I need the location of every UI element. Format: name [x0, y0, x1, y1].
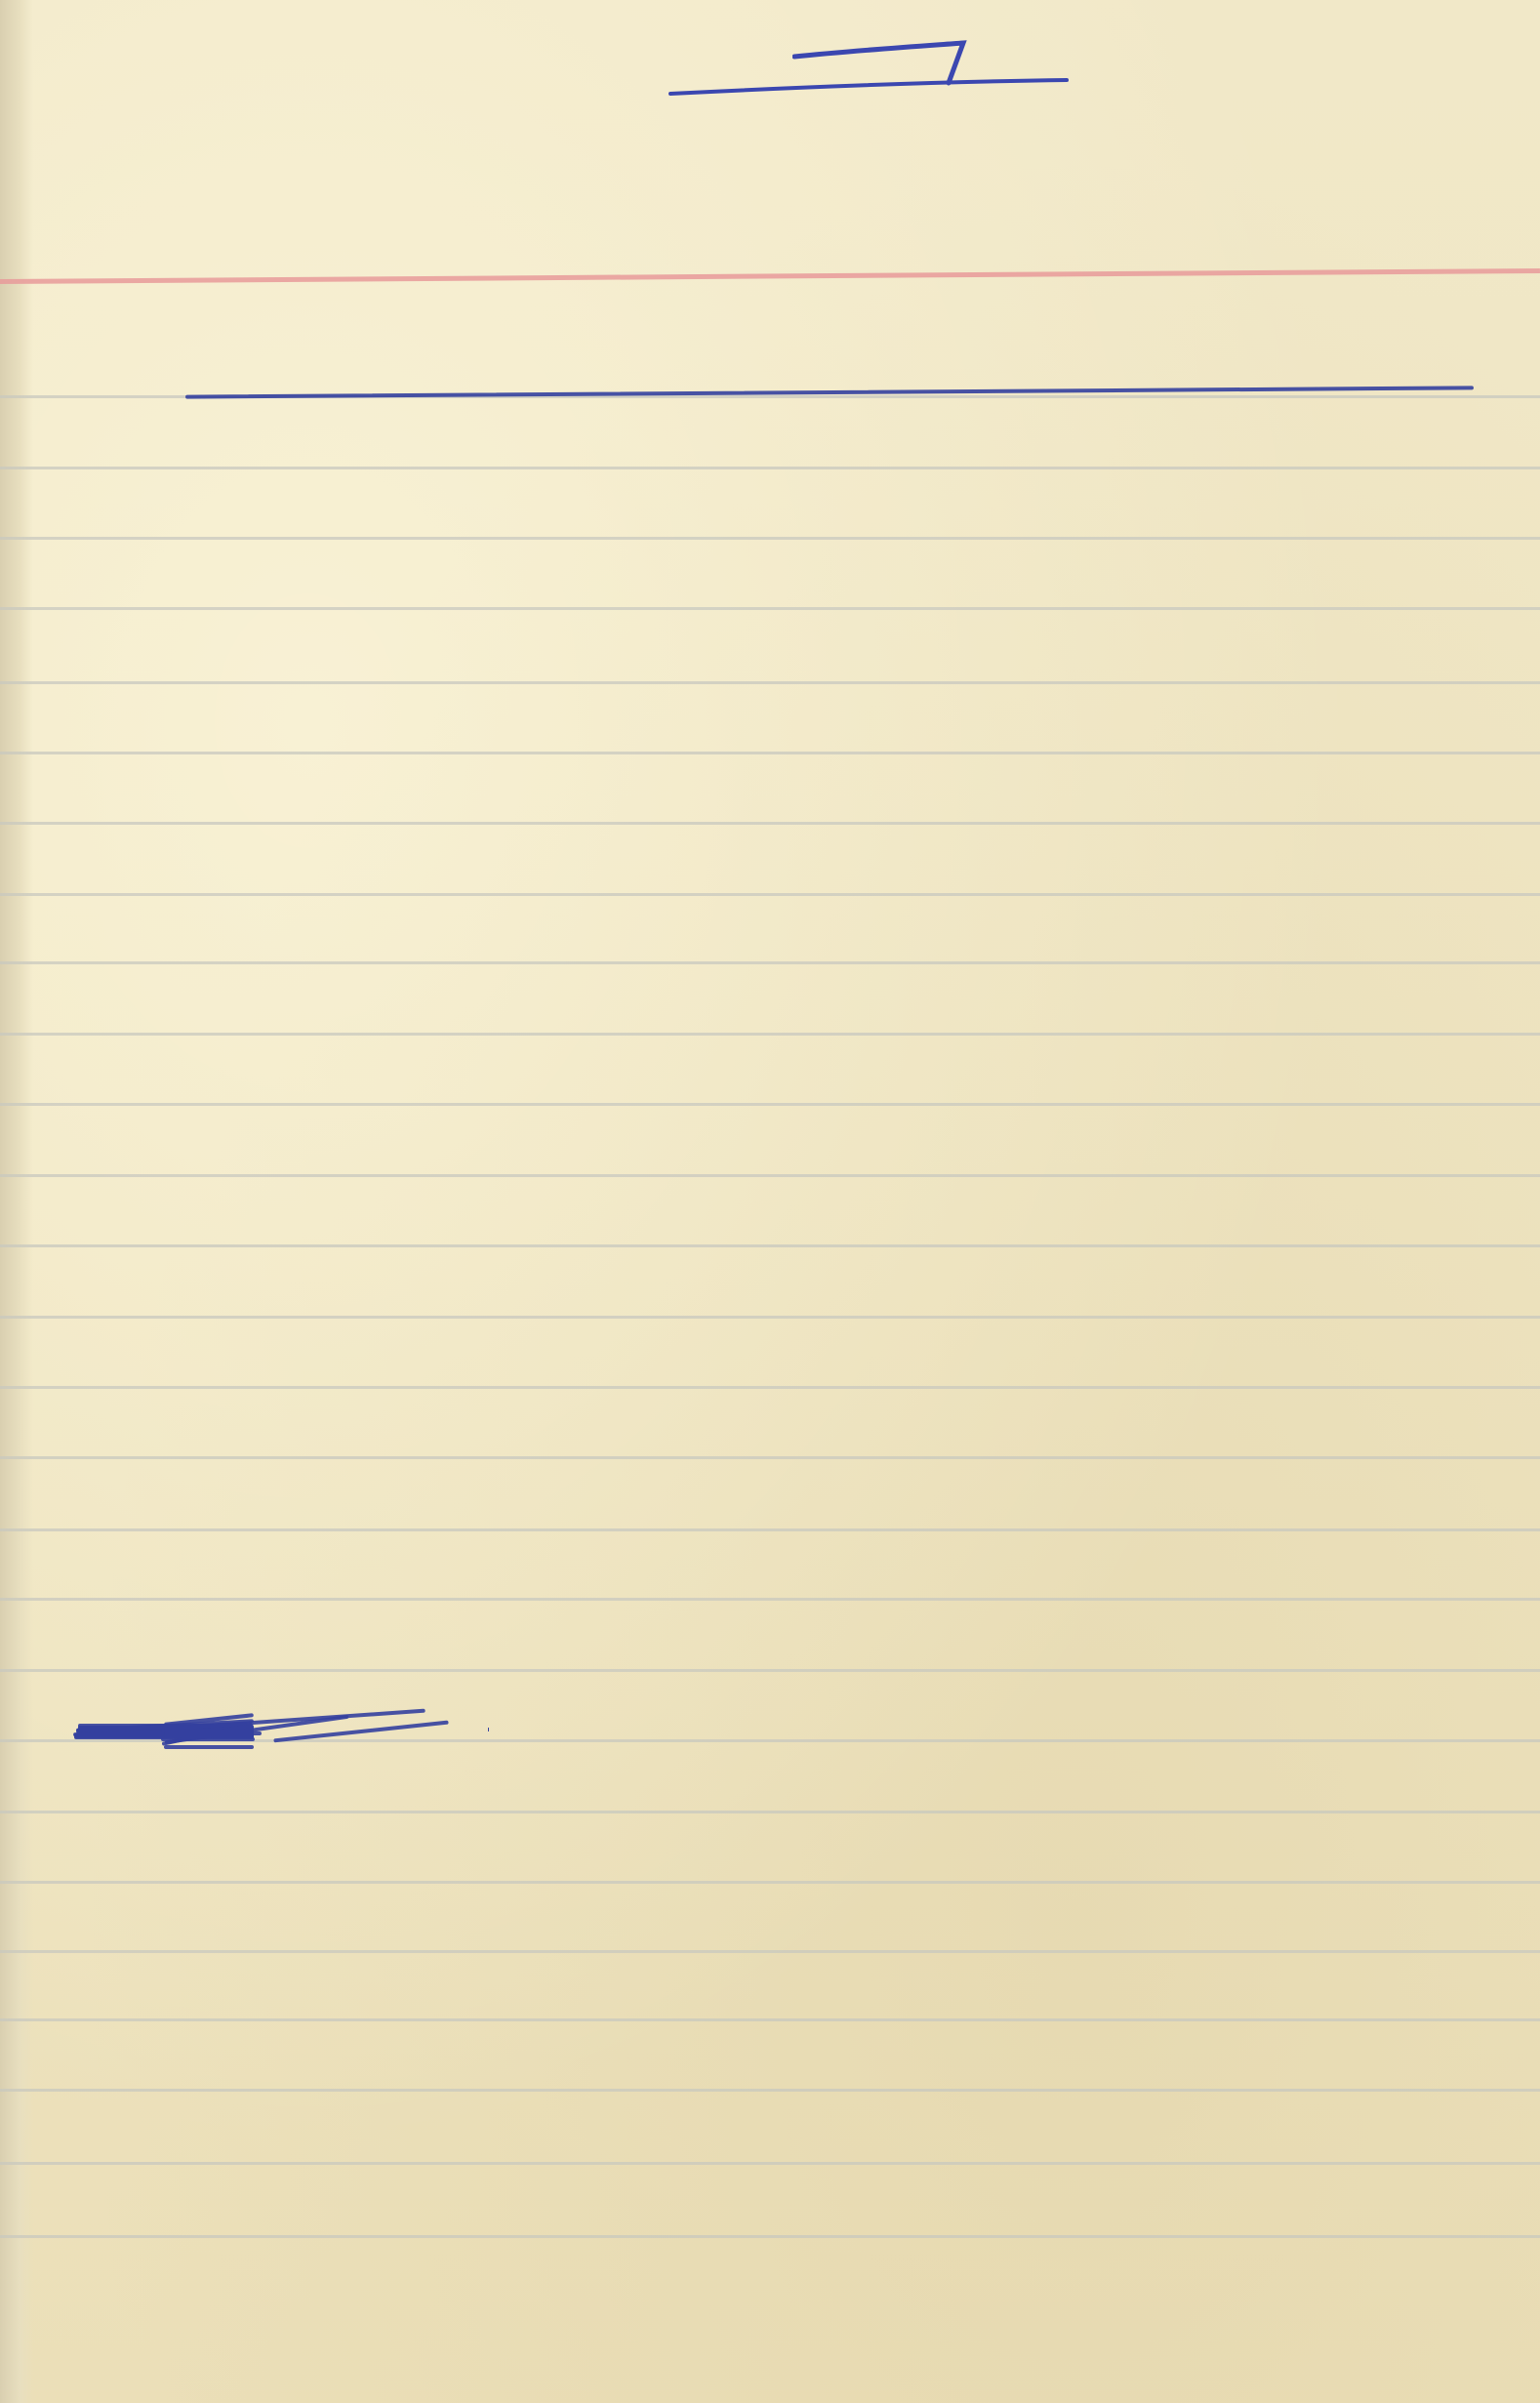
entry-line — [36, 1227, 1429, 1292]
ink-underline — [164, 1730, 254, 1733]
ruled-line — [0, 2089, 1540, 2092]
entry-3 — [39, 1227, 1425, 1357]
header-underline — [669, 76, 1069, 98]
entry-line — [36, 837, 1429, 903]
entry-line — [36, 1357, 1429, 1422]
entry-line — [36, 1162, 1429, 1228]
entry-line — [36, 1422, 1429, 1487]
ruled-line — [0, 2235, 1540, 2238]
entry-1 — [39, 318, 1425, 578]
page-edge-shadow — [0, 0, 33, 2403]
entry-line — [36, 903, 1429, 968]
diary-entries — [39, 318, 1425, 1941]
entry-line — [36, 1097, 1429, 1162]
entry-line — [36, 448, 1429, 513]
entry-line — [36, 1033, 1429, 1098]
entry-2 — [39, 578, 1425, 1227]
entry-line — [36, 318, 1429, 384]
ink-underline — [164, 1745, 254, 1749]
diary-page — [0, 0, 1540, 2403]
entry-line — [36, 967, 1429, 1033]
entry-line — [36, 1876, 1429, 1941]
travel-header — [586, 0, 1464, 107]
entry-line — [36, 578, 1429, 643]
entry-line — [36, 1487, 1429, 1552]
ruled-line — [0, 2018, 1540, 2021]
entry-line — [36, 513, 1429, 579]
ink-underline — [488, 1728, 489, 1731]
entry-line — [36, 1616, 1429, 1682]
entry-line — [36, 773, 1429, 838]
entry-line — [36, 643, 1429, 709]
date-heading — [317, 195, 321, 241]
entry-4 — [39, 1357, 1425, 1552]
ruled-line — [0, 2162, 1540, 2165]
margin-rule — [0, 268, 1540, 284]
entry-line — [36, 708, 1429, 773]
entry-line — [36, 1552, 1429, 1617]
entry-line — [36, 1292, 1429, 1358]
ruled-line — [0, 1950, 1540, 1953]
entry-line — [36, 1812, 1429, 1877]
entry-line — [36, 1746, 1429, 1812]
